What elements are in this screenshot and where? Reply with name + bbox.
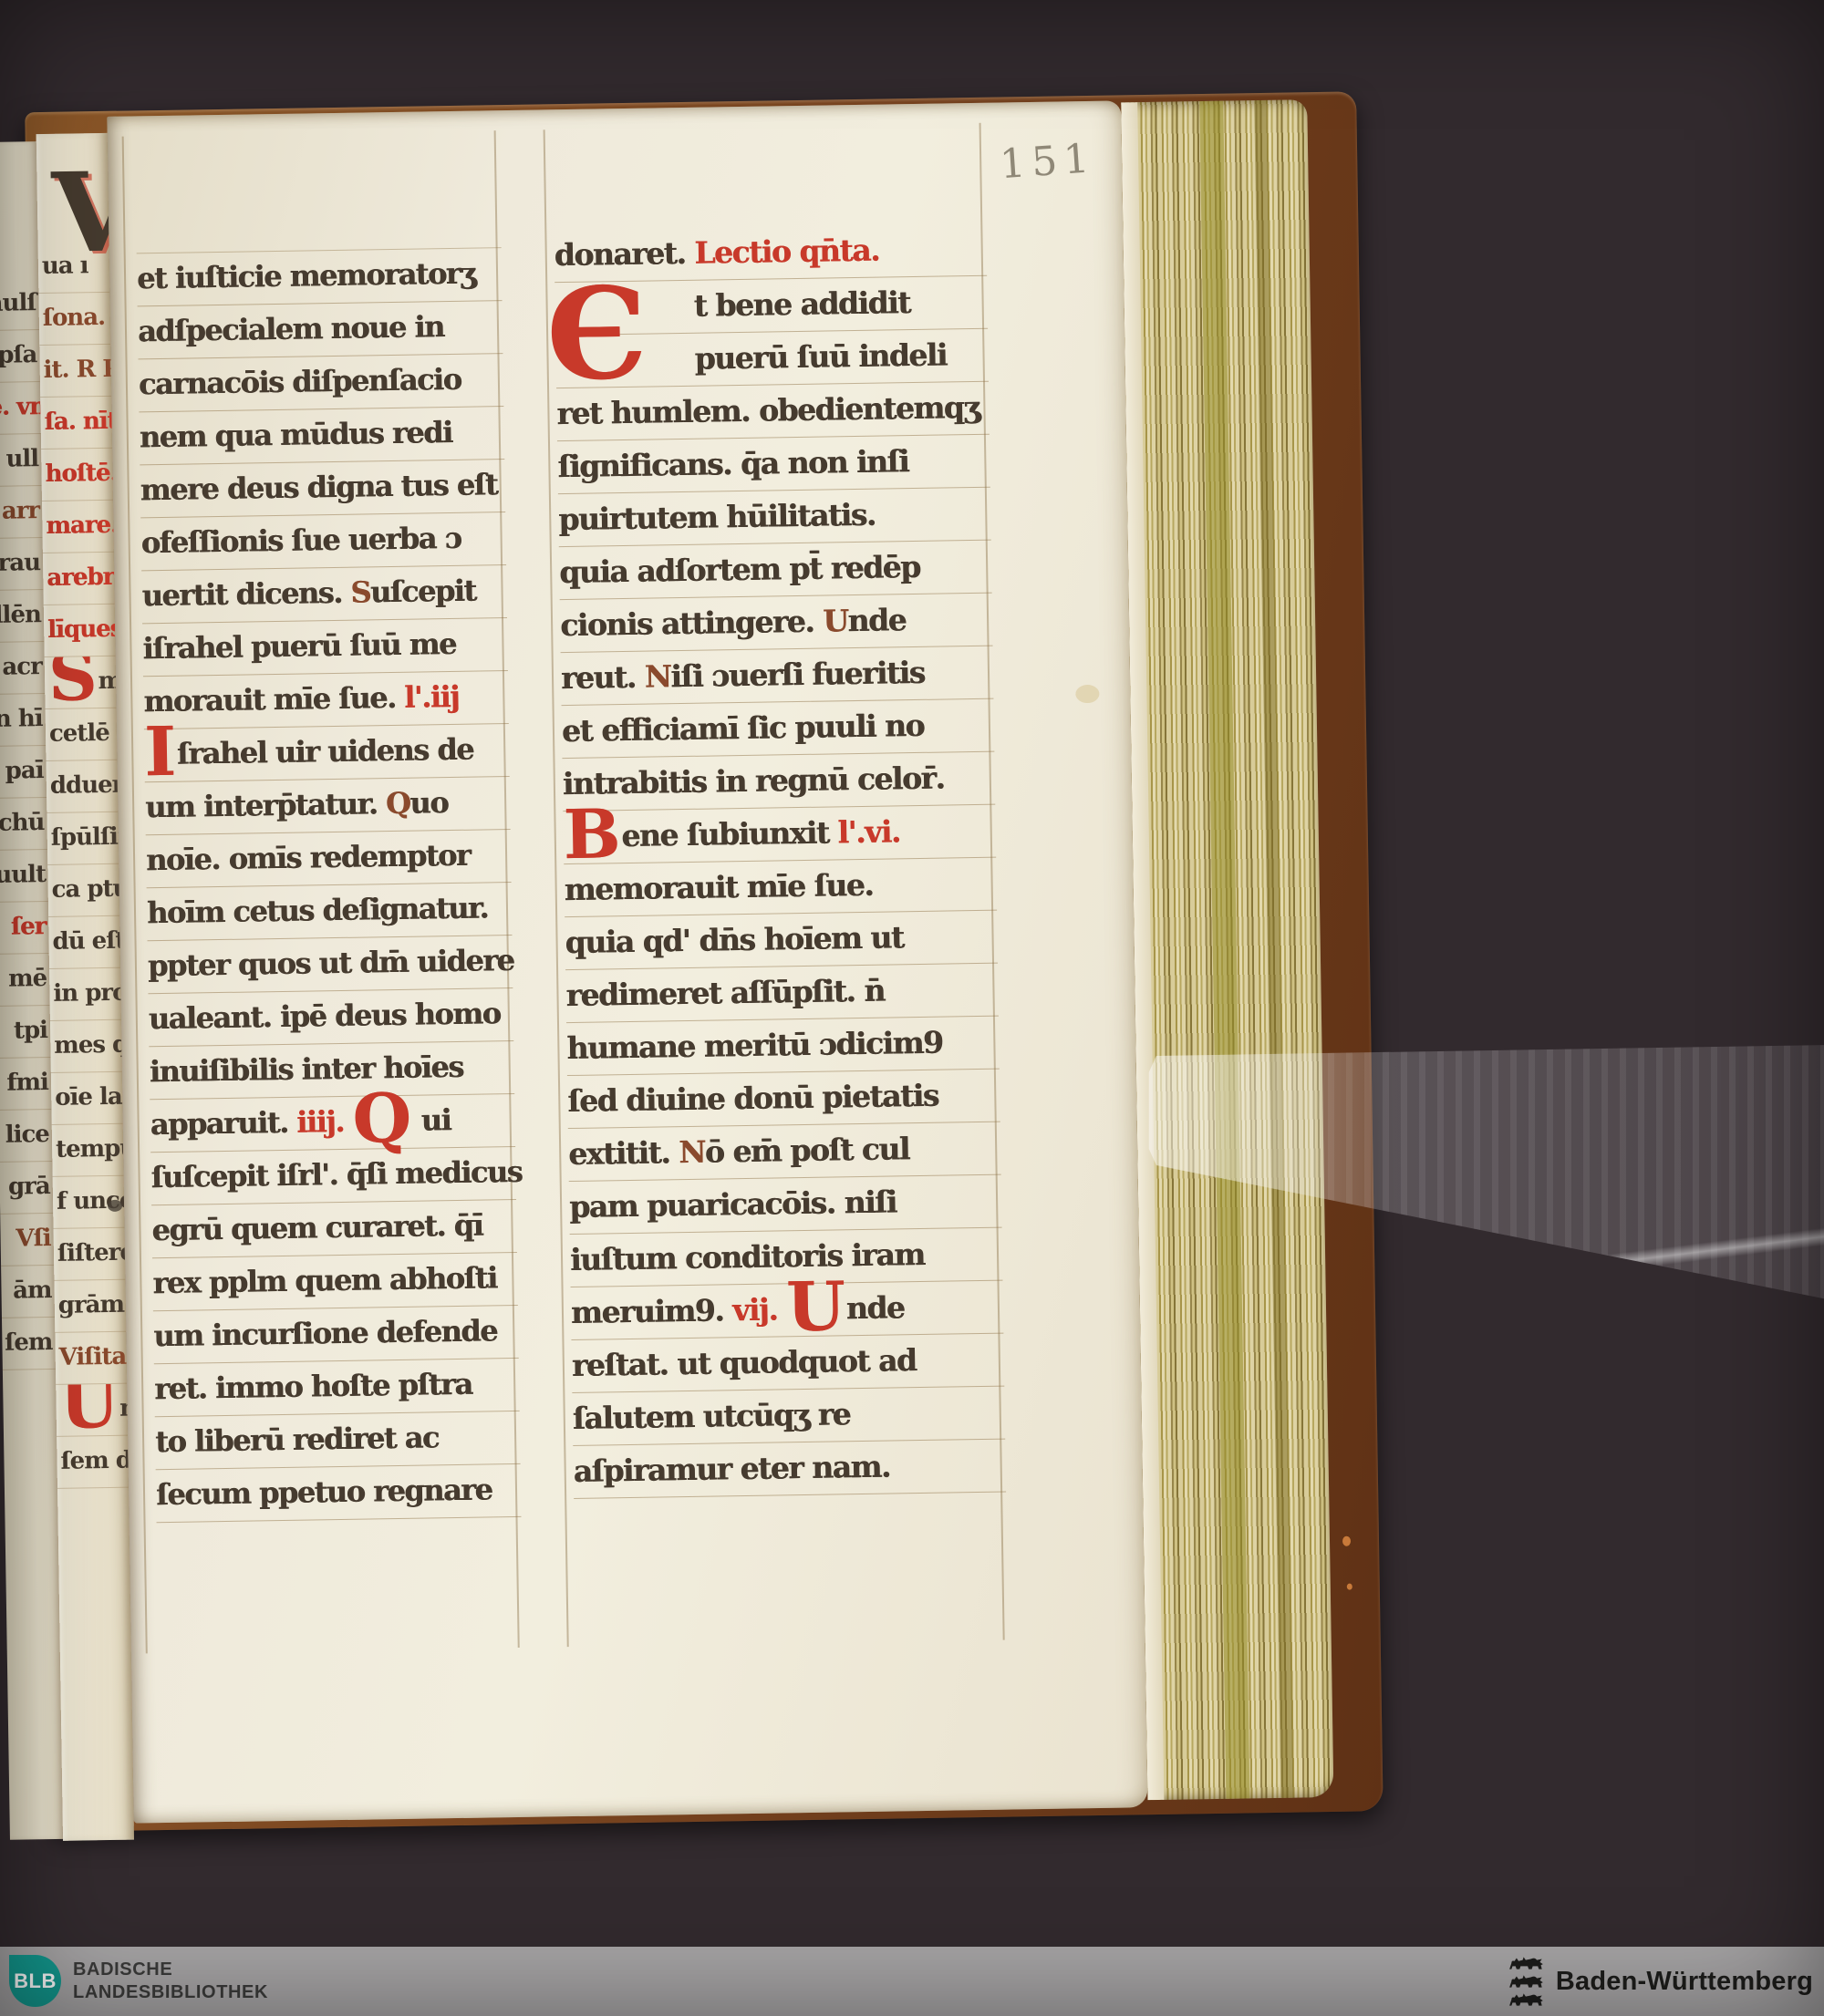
manuscript-text-segment: puirtutem hūilitatis. <box>558 497 876 537</box>
manuscript-text-segment: meruim9. <box>571 1292 733 1330</box>
library-footer-bar: BLB BADISCHE LANDESBIBLIOTHEK Baden-Würt… <box>0 1947 1824 2016</box>
manuscript-text-segment: U <box>786 1267 845 1347</box>
leather-wear-speck <box>1342 1536 1351 1546</box>
vellum-stain <box>1075 685 1099 703</box>
manuscript-photo-stage: nulſpſaē. vnullarrraullēnacrn hīpaīchūuu… <box>0 0 1824 2016</box>
manuscript-text-segment: uo <box>409 785 448 821</box>
manuscript-text-segment: uſcepit <box>370 574 476 610</box>
manuscript-text-segment: humane meritū ɔdicim9 <box>566 1025 943 1066</box>
drop-cap-e: Є <box>545 271 648 398</box>
manuscript-text-segment: et iuſticie memoratorʒ <box>137 256 475 296</box>
library-wordmark: BADISCHE LANDESBIBLIOTHEK <box>73 1959 268 2004</box>
manuscript-text-segment: ret. immo hoſte pſtra <box>154 1367 472 1406</box>
manuscript-text-segment: ſrahel uir uidens de <box>177 732 474 771</box>
manuscript-text-segment: ua ı <box>42 252 88 280</box>
manuscript-text-segment: nde <box>847 602 906 638</box>
manuscript-text-segment: chū <box>0 809 45 837</box>
manuscript-text-segment: iſrahel puerū ſuū me <box>142 626 456 666</box>
folio-number-pencil: 151 <box>999 135 1097 188</box>
manuscript-text-segment: llēn <box>0 601 41 629</box>
manuscript-text-segment: ull <box>5 445 38 473</box>
manuscript-text-segment: ualeant. ipē deus homo <box>149 996 501 1036</box>
manuscript-text-segment: morauit mīe ſue. <box>143 680 404 719</box>
manuscript-text-segment: ſecum ppetuo regnare <box>156 1472 492 1512</box>
state-name-label: Baden-Württemberg <box>1556 1967 1813 1997</box>
manuscript-text-segment: nulſ <box>0 289 36 317</box>
manuscript-text-segment: uult <box>0 861 46 889</box>
manuscript-text-segment: redimeret aſſūpſit. n̄ <box>565 973 885 1013</box>
manuscript-text-segment: hoſtē. uiſit <box>45 459 113 488</box>
manuscript-text-segment: ſona. cāp. <box>43 303 111 332</box>
manuscript-text-segment: ene ſubiunxit <box>621 814 838 853</box>
manuscript-text-segment: mʒ <box>98 667 116 695</box>
manuscript-text-segment: rex pplm quem abhoſti <box>152 1260 497 1300</box>
state-logo-group: Baden-Württemberg <box>1508 1954 1813 2009</box>
manuscript-text-segment: lice <box>5 1121 49 1149</box>
manuscript-text-segment: Q <box>386 786 410 821</box>
manuscript-text-segment: B <box>563 795 619 874</box>
manuscript-text-segment: grām ɔb <box>58 1290 127 1319</box>
manuscript-text-segment: noīe. omīs redemptor <box>146 838 471 878</box>
manuscript-text-segment: Lectio qn̄ta. <box>694 233 879 271</box>
manuscript-text-segment: pſa <box>0 341 37 369</box>
manuscript-text-segment: paī <box>5 757 43 785</box>
manuscript-text-segment: N <box>644 658 670 694</box>
manuscript-text-segment: I <box>144 713 175 792</box>
library-name-line2: LANDESBIBLIOTHEK <box>73 1981 268 2004</box>
manuscript-text-segment: rau <box>0 549 40 577</box>
manuscript-text-segment: ppter quos ut dm̄ uidere <box>148 943 514 983</box>
manuscript-text-segment: cetlē <box>49 719 109 748</box>
manuscript-text-segment: Q <box>352 1080 410 1159</box>
manuscript-text-segment: vij. <box>732 1291 787 1328</box>
manuscript-text-segment: l'.vi. <box>837 813 900 850</box>
manuscript-text-segment: tpi <box>14 1017 48 1045</box>
manuscript-text-segment: aſpiramur eter nam. <box>573 1449 890 1489</box>
manuscript-text-segment: Viſitacio <box>58 1342 127 1371</box>
manuscript-text-segment: inuiſibilis inter hoīes <box>149 1049 463 1089</box>
manuscript-text-segment: S <box>47 656 96 709</box>
manuscript-text-segment: ſiſtere. ā <box>57 1238 126 1267</box>
manuscript-text-segment: arr <box>2 497 40 525</box>
manuscript-text-segment: cionis attingere. <box>560 604 824 644</box>
manuscript-text-segment: reut. <box>561 659 645 696</box>
manuscript-text-segment: n hī <box>0 705 43 733</box>
column-2: Є donaret. Lectio qn̄ta.t bene addiditpu… <box>554 223 1006 1499</box>
manuscript-text-segment: līques erpd <box>47 615 116 644</box>
blb-logo-text: BLB <box>14 1969 57 1993</box>
manuscript-text-segment: egrū quem curaret. q̄ī <box>151 1208 482 1248</box>
page-fore-edge-stack <box>1121 99 1333 1800</box>
manuscript-text-segment: ofeſſionis ſue uerba ɔ <box>140 521 461 561</box>
manuscript-text-segment: iiij. <box>296 1104 353 1140</box>
manuscript-text-segment: acr <box>2 653 42 681</box>
manuscript-text-segment: it. R Poſt <box>43 355 111 384</box>
manuscript-text-segment: ē. vn <box>0 393 41 421</box>
manuscript-text-segment: mē <box>8 965 47 993</box>
manuscript-text-segment: um incurſione defende <box>153 1313 497 1353</box>
manuscript-text-segment: reſtat. ut quodquot ad <box>572 1342 917 1383</box>
manuscript-text-segment: ſa. nīt. te <box>44 407 112 436</box>
manuscript-text-segment: ſignificans. q̄a non inſi <box>557 443 908 484</box>
manuscript-text-segment: et efficiamī ſic puuli no <box>562 708 925 749</box>
manuscript-text-segment: memorauit mīe ſue. <box>564 867 873 907</box>
manuscript-text-segment: S <box>350 574 370 609</box>
manuscript-text-segment: ſalutem utcūqʒ re <box>572 1396 850 1436</box>
manuscript-text-segment: puerū ſuū indeli <box>694 336 947 376</box>
bw-three-lions-icon <box>1508 1954 1545 2009</box>
manuscript-text-segment: iſi ɔuerſi fueritis <box>670 655 925 694</box>
fore-edge-olive-band-2 <box>1254 100 1293 1798</box>
manuscript-text-segment: dū eſt qd' p <box>52 925 120 955</box>
manuscript-text-segment: carnacōis diſpenſacio <box>139 362 461 402</box>
manuscript-text-segment: ō em̄ poſt cul <box>705 1131 910 1170</box>
manuscript-text-segment: quia adſortem pt̄ redēp <box>559 549 920 590</box>
fore-edge-olive-band <box>1199 101 1249 1799</box>
manuscript-text-segment: l'.iij <box>404 679 460 715</box>
manuscript-text-segment: mare. yoū <box>46 511 114 540</box>
leather-wear-speck-2 <box>1347 1584 1352 1590</box>
manuscript-text-segment: Vſi <box>16 1225 51 1253</box>
manuscript-text-segment: iuſtum conditoris iram <box>570 1236 925 1277</box>
manuscript-text-segment: nde <box>846 1289 905 1326</box>
manuscript-text-segment: nem qua mūdus redi <box>140 415 452 454</box>
manuscript-text-segment: U <box>59 1384 118 1437</box>
manuscript-text-segment: hoīm cetus deſignatur. <box>147 890 489 930</box>
manuscript-text-segment: ca ptulit. d <box>51 874 119 904</box>
column-1: et iuſticie memoratorʒadſpecialem noue i… <box>137 247 522 1523</box>
manuscript-text-segment: ſpūlſiū ſtat <box>50 822 119 852</box>
manuscript-text-segment: ſem dine <box>60 1446 129 1475</box>
manuscript-text-segment: adſpecialem noue in <box>138 309 444 348</box>
manuscript-text-segment: intrabitis in regnū celor̄. <box>563 760 945 802</box>
manuscript-text-segment: to liberū rediret ac <box>155 1420 439 1459</box>
manuscript-text-segment: in progeni <box>53 978 121 1008</box>
manuscript-text-segment: mere deus digna tus eſt <box>140 467 497 507</box>
manuscript-text-segment: tempus ū <box>56 1134 124 1163</box>
manuscript-text-segment: ſed diuine donū pietatis <box>567 1078 938 1119</box>
manuscript-text-segment: um interp̄tatur. <box>145 786 386 824</box>
manuscript-text-segment: U <box>823 603 848 638</box>
manuscript-text-segment: grā <box>8 1173 50 1201</box>
manuscript-text-segment: ſuſcepit iſrl'. q̄ſi medicus <box>150 1154 522 1194</box>
manuscript-text-segment: extitit. <box>568 1134 679 1172</box>
manuscript-recto-page: 151 et iuſticie memoratorʒadſpecialem no… <box>107 100 1147 1823</box>
manuscript-text-segment: N <box>679 1134 705 1170</box>
manuscript-text-segment: fmi <box>6 1069 48 1097</box>
manuscript-text-segment: uertit dicens. <box>141 575 350 614</box>
manuscript-text-segment: dduerſo le <box>50 770 119 800</box>
manuscript-text-segment: t bene addidit <box>693 284 910 324</box>
manuscript-text-segment: ui <box>412 1102 451 1138</box>
manuscript-text-segment: ām <box>13 1277 52 1305</box>
library-name-line1: BADISCHE <box>73 1959 268 1981</box>
manuscript-text-segment: ſem <box>5 1328 53 1357</box>
manuscript-text-segment: apparuit. <box>150 1105 296 1142</box>
blb-logo: BLB <box>9 1955 61 2007</box>
open-book: nulſpſaē. vnullarrraullēnacrn hīpaīchūuu… <box>0 88 1389 1842</box>
manuscript-text-segment: oīe later <box>55 1082 123 1111</box>
manuscript-text-segment: arebre hūs <box>47 563 115 592</box>
manuscript-text-segment: quia qd' dn̄s hoīem ut <box>565 919 904 960</box>
manuscript-text-segment: ſer <box>11 913 47 941</box>
manuscript-text-segment: mes qui <box>54 1030 122 1060</box>
manuscript-text-segment: pam puaricacōis. niſi <box>569 1184 896 1225</box>
